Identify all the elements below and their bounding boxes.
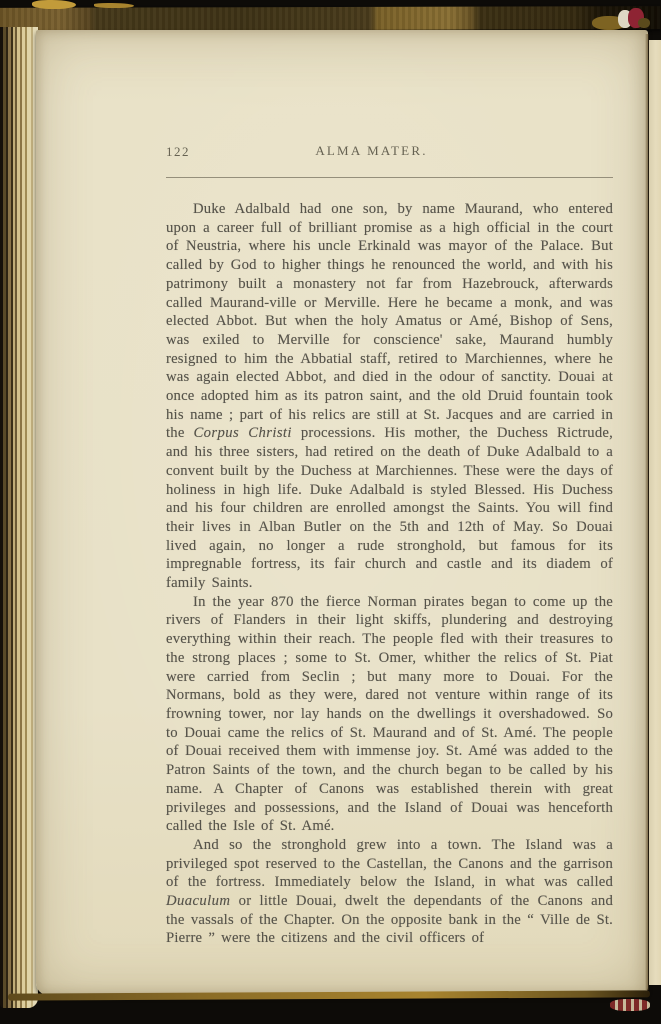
book-page: 122 ALMA MATER. Duke Adalbald had one so… <box>36 30 648 995</box>
printed-content: 122 ALMA MATER. Duke Adalbald had one so… <box>130 114 613 148</box>
header-rule <box>166 177 613 178</box>
page-text: Duke Adalbald had one son, by name Maura… <box>166 200 613 948</box>
italic-phrase: Duaculum <box>166 893 230 909</box>
text-segment: Duke Adalbald had one son, by name Maura… <box>166 201 613 441</box>
paragraph: Duke Adalbald had one son, by name Maura… <box>166 200 613 593</box>
running-title: ALMA MATER. <box>130 143 613 159</box>
page-edge-stack <box>0 27 38 1008</box>
gilt-damage-fleck <box>32 0 76 9</box>
headband-thread <box>638 18 650 28</box>
book-scan: { "page": { "header": { "page_number": "… <box>0 0 661 1024</box>
book-top-spine-edge <box>0 6 661 31</box>
text-segment: or little Douai, dwelt the dependants of… <box>166 893 613 946</box>
paragraph: And so the stronghold grew into a town. … <box>166 836 613 948</box>
italic-phrase: Corpus Christi <box>193 425 291 441</box>
running-head: 122 ALMA MATER. <box>130 114 613 148</box>
adjacent-page-strip <box>649 40 661 985</box>
text-segment: In the year 870 the fierce Norman pirate… <box>166 594 613 834</box>
text-segment: processions. His mother, the Duchess Ric… <box>166 425 613 591</box>
leather-texture <box>0 6 661 31</box>
bottom-tailband <box>610 999 650 1011</box>
paragraph: In the year 870 the fierce Norman pirate… <box>166 593 613 836</box>
text-segment: And so the stronghold grew into a town. … <box>166 837 613 890</box>
